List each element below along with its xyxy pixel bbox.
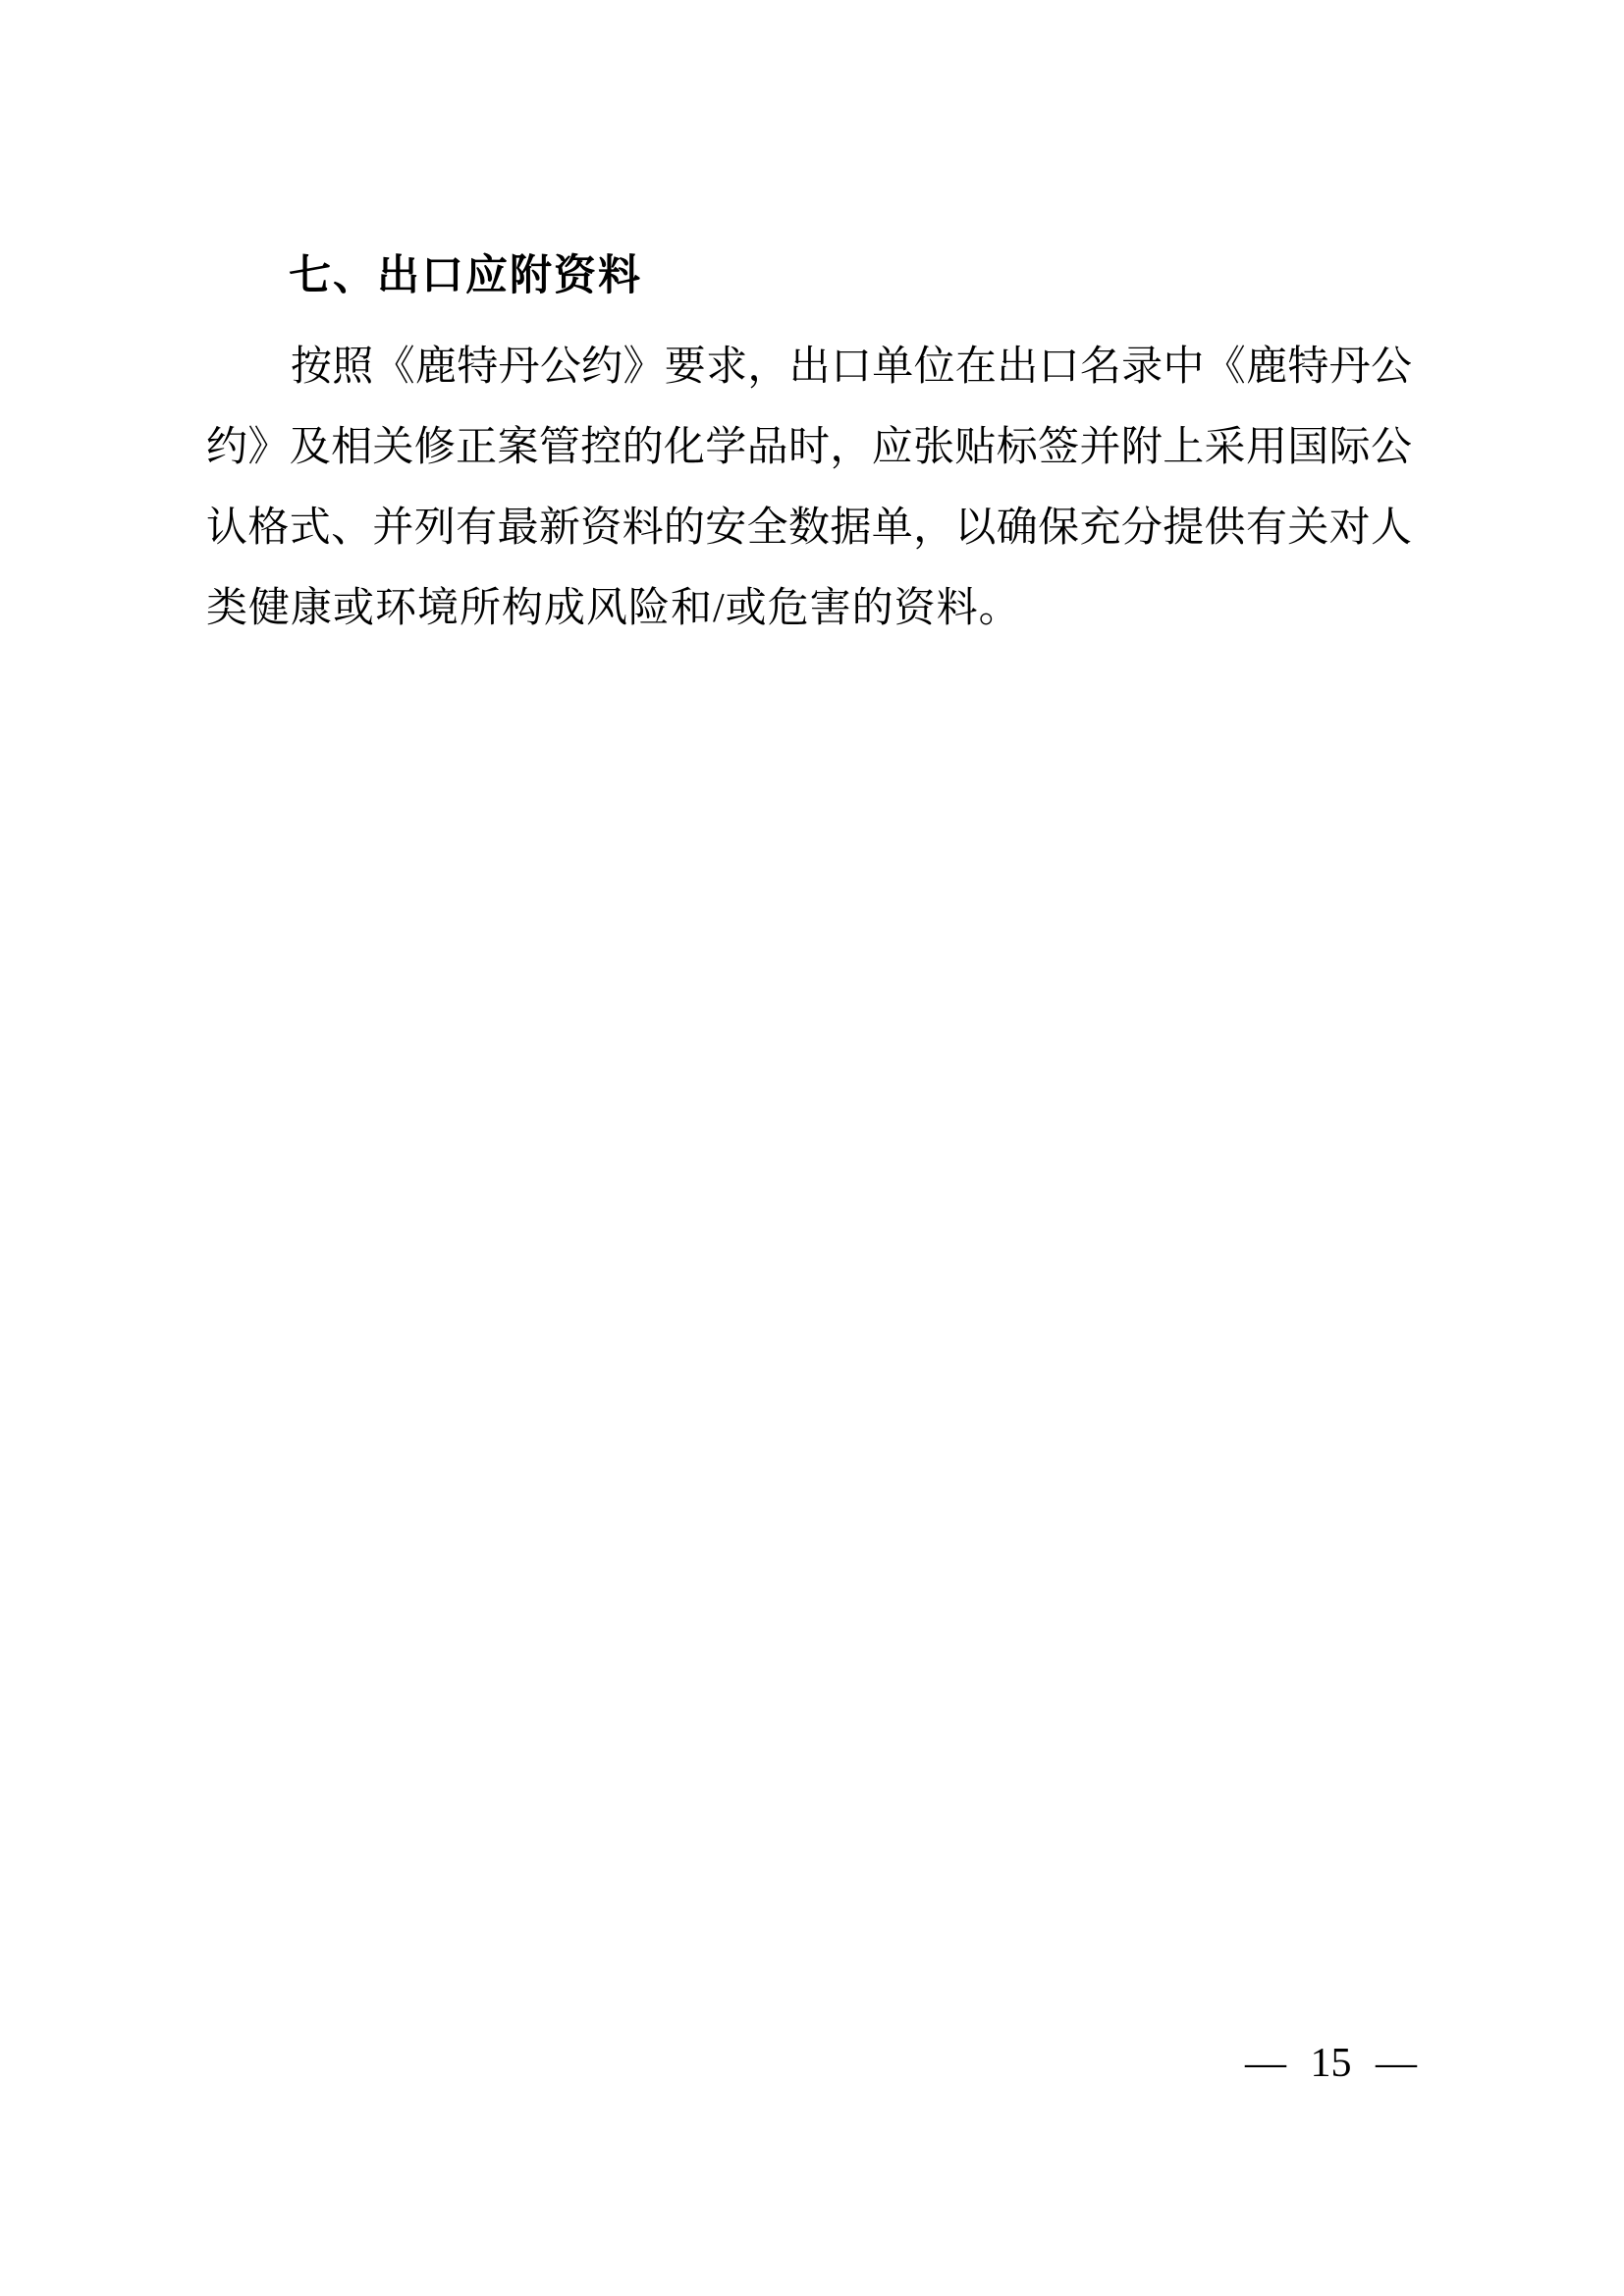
paragraph-line-4: 类健康或环境所构成风险和/或危害的资料。	[206, 568, 1412, 649]
page-number: — 15 —	[1245, 2042, 1417, 2085]
paragraph-line-3: 认格式、并列有最新资料的安全数据单，以确保充分提供有关对人	[206, 488, 1412, 568]
paragraph-line-1: 按照《鹿特丹公约》要求，出口单位在出口名录中《鹿特丹公	[206, 327, 1412, 407]
body-paragraph: 按照《鹿特丹公约》要求，出口单位在出口名录中《鹿特丹公 约》及相关修正案管控的化…	[206, 327, 1412, 649]
document-page: 七、出口应附资料 按照《鹿特丹公约》要求，出口单位在出口名录中《鹿特丹公 约》及…	[0, 0, 1624, 2296]
section-heading: 七、出口应附资料	[289, 249, 642, 302]
paragraph-line-2: 约》及相关修正案管控的化学品时，应张贴标签并附上采用国际公	[206, 407, 1412, 488]
